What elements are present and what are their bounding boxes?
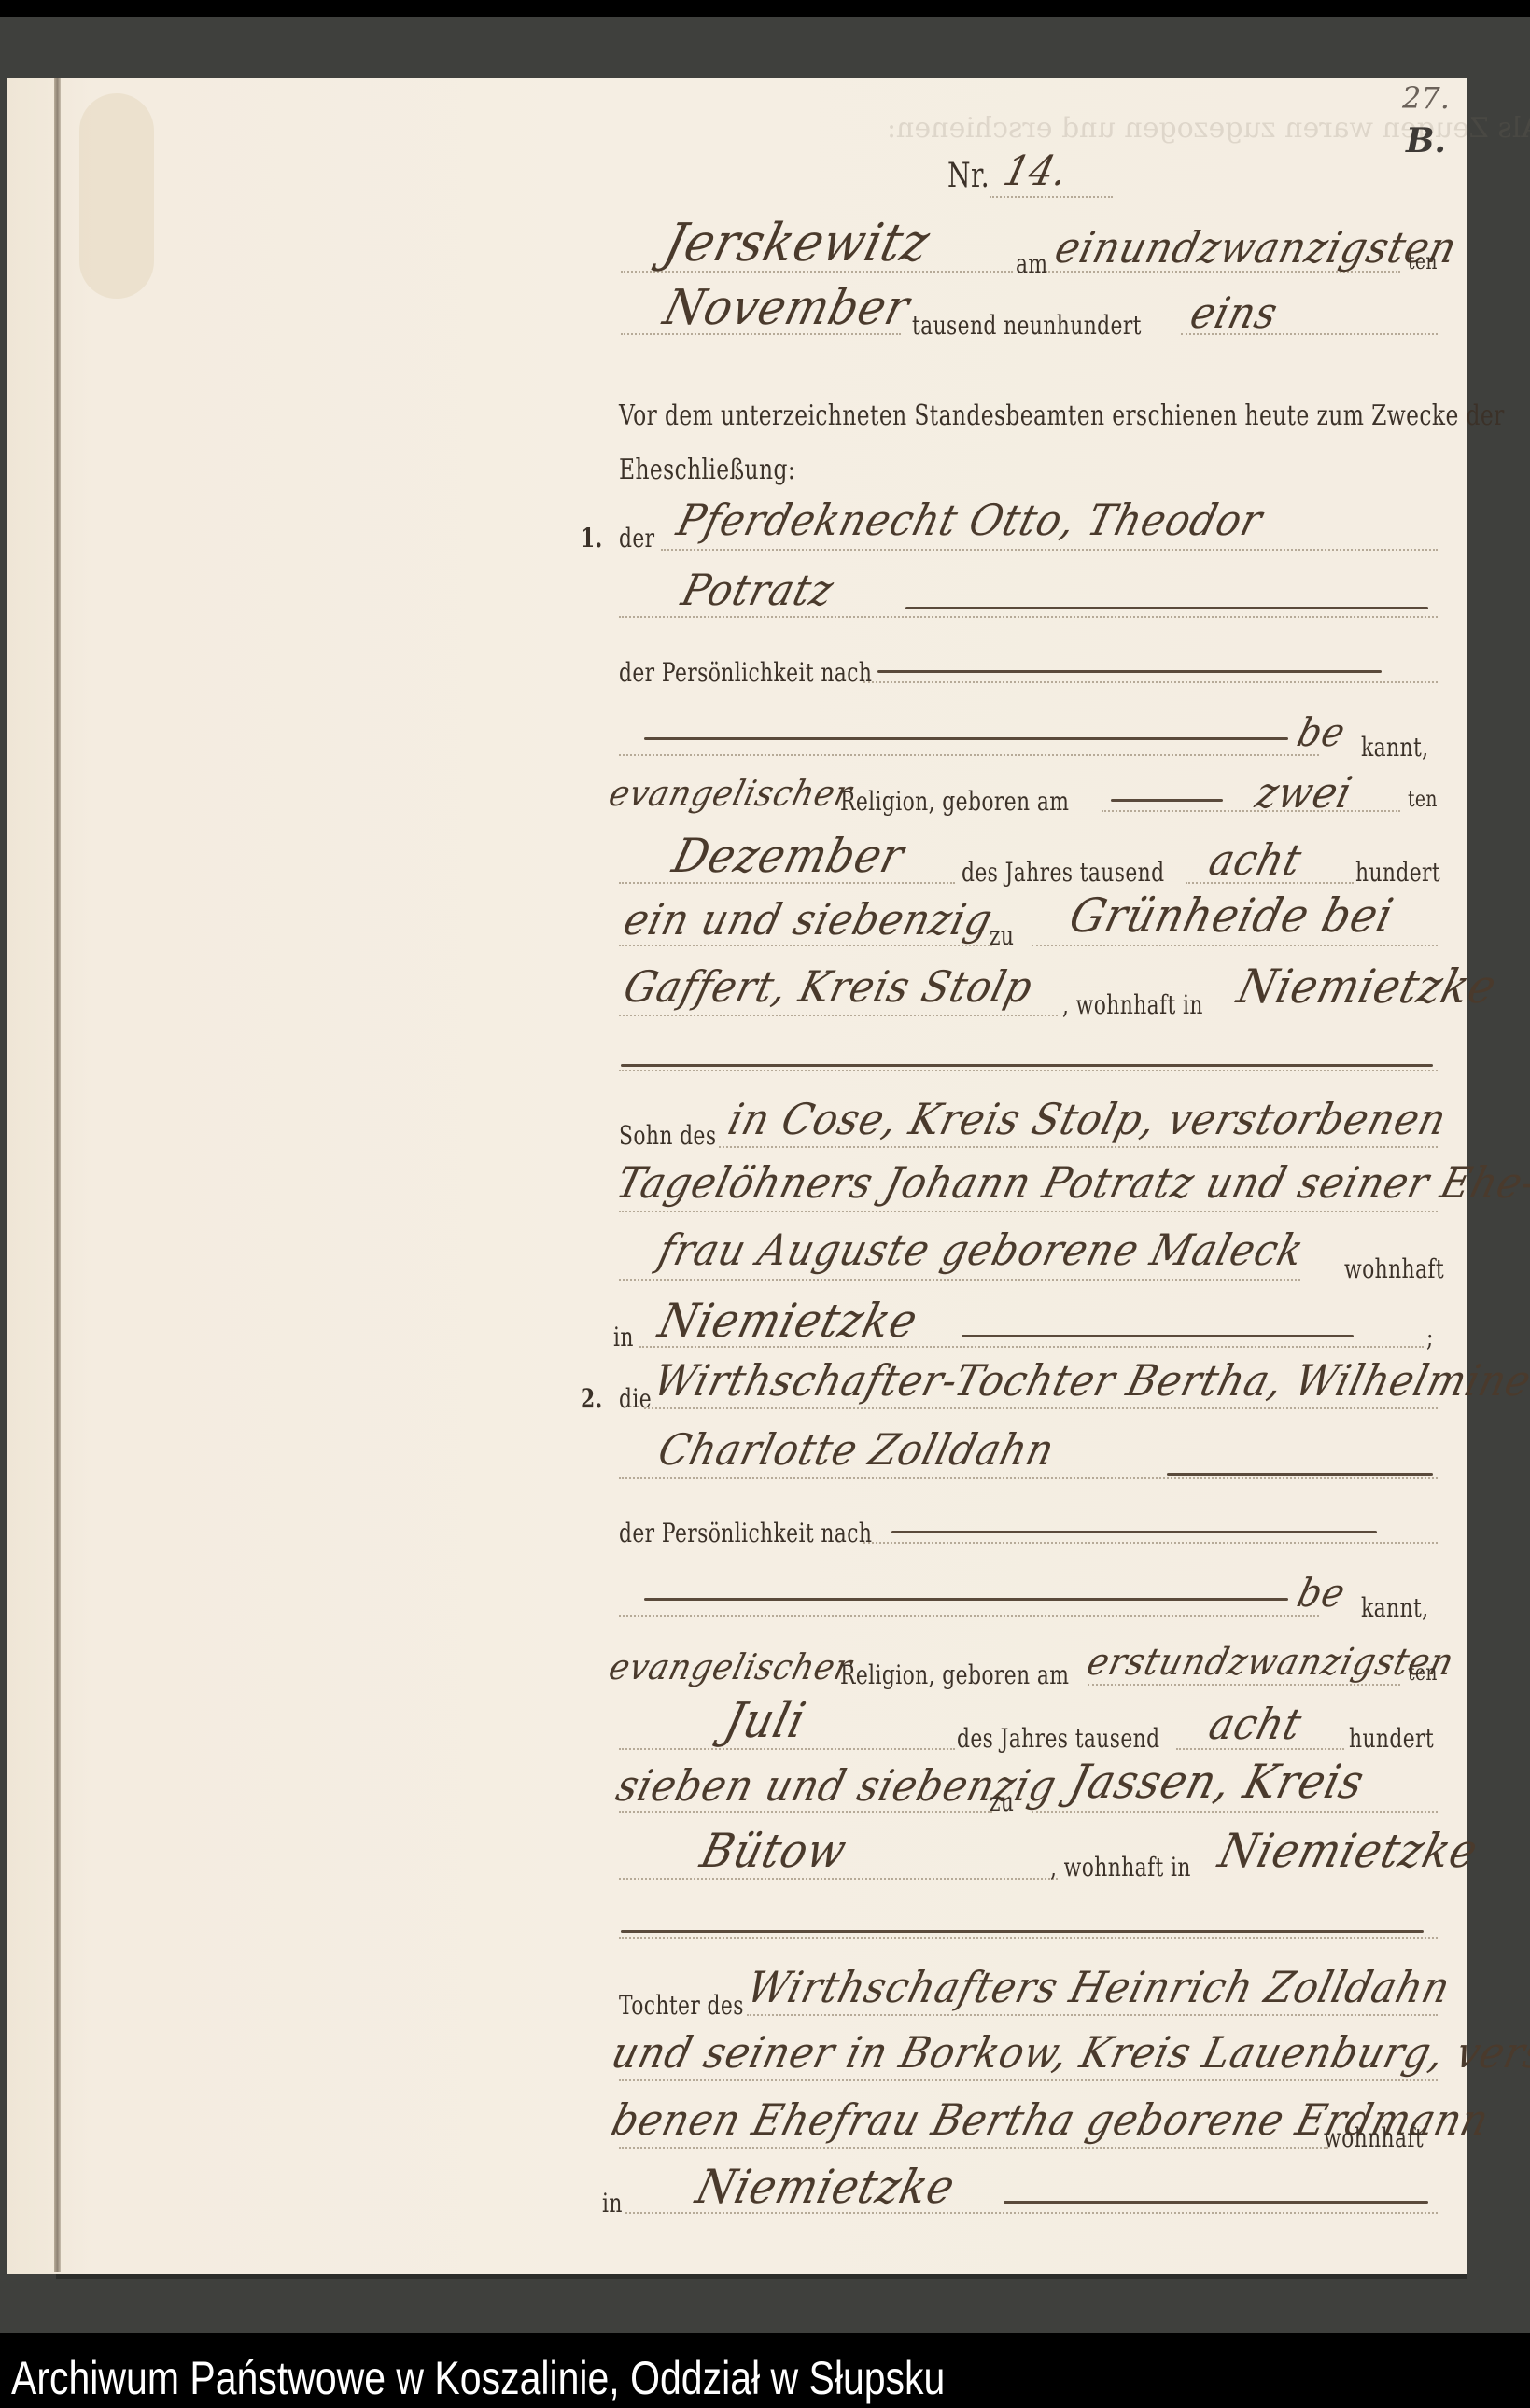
bride-blank-leader [619,1937,1438,1939]
bride-parents-residence: Niemietzke [691,2160,961,2214]
bride-bekannt-leader [619,1615,1319,1617]
marriage-year: eins [1186,287,1284,338]
bride-religion: evangelischer [605,1646,857,1687]
bride-father-line-1: Wirthschafters Heinrich Zolldahn [742,1962,1455,2012]
bride-wohnhaft-label-2: wohnhaft [1324,2122,1424,2153]
ten-suffix: ten [1408,248,1438,274]
groom-in-label: in [613,1322,634,1352]
groom-birthplace2-leader [619,1015,1058,1016]
bride-names-line-2: Charlotte Zolldahn [653,1424,1060,1475]
bride-birth-month: Juli [719,1693,811,1749]
bride-wohnhaft-label: , wohnhaft in [1050,1852,1191,1883]
groom-father2-leader [619,1211,1438,1212]
record-number-leader [990,196,1113,198]
groom-father-line-1: in Cose, Kreis Stolp, verstorbenen [723,1094,1452,1144]
bride-tochter-label: Tochter des [619,1990,744,2021]
groom-sohn-label: Sohn des [619,1120,716,1151]
groom-mother: frau Auguste geborene Maleck [653,1225,1310,1275]
folio-number: 27. [1402,80,1450,116]
groom-wohnhaft-label-2: wohnhaft [1344,1253,1444,1284]
groom-blank-leader [619,1070,1438,1071]
groom-year-rest: ein und siebenzig [619,894,998,945]
fill-stroke [962,1335,1354,1337]
bride-die-label: die [619,1383,652,1414]
groom-parents-residence: Niemietzke [653,1294,923,1348]
groom-hundert-label: hundert [1355,857,1440,888]
am-label: am [1016,248,1048,279]
groom-surname: Potratz [677,565,839,615]
marriage-day: einundzwanzigsten [1050,222,1463,273]
groom-persoenlichkeit-leader [863,681,1438,683]
groom-birthplace-2: Gaffert, Kreis Stolp [619,961,1038,1012]
bride-birthplace-2: Bütow [695,1824,852,1878]
fill-stroke [644,737,1288,740]
paper-stain [79,93,154,299]
bride-father2-leader [619,2079,1438,2081]
marriage-month: November [658,280,915,336]
fill-stroke [1111,799,1223,802]
place-name: Jerskewitz [658,213,936,273]
bride-zu-label: zu [990,1786,1014,1817]
record-label: Nr. [947,157,990,195]
groom-birthplace-leader [1032,945,1438,946]
tausend-neunhundert-label: tausend neunhundert [912,310,1142,341]
intro-line-1: Vor dem unterzeichneten Standesbeamten e… [619,399,1505,432]
groom-year-leader [619,945,992,946]
groom-occupation-names: Pferdeknecht Otto, Theodor [672,495,1268,545]
groom-birth-day: zwei [1251,767,1357,818]
bride-occupation-names: Wirthschafter-Tochter Bertha, Wilhelmine [649,1355,1530,1406]
groom-father-leader [719,1146,1438,1148]
bride-ten-suffix: ten [1408,1659,1438,1686]
groom-religion: evangelischer [605,773,857,814]
groom-kannt-label: kannt, [1361,732,1428,763]
bride-residence: Niemietzke [1214,1824,1483,1878]
groom-century: acht [1204,834,1307,885]
groom-number: 1. [581,523,603,553]
bride-century: acht [1204,1699,1307,1749]
bride-father-line-2: und seiner in Borkow, Kreis Lauenburg, v… [607,2027,1530,2078]
bride-religion-label: Religion, geboren am [840,1659,1069,1690]
binding-spine [54,78,61,2272]
bride-mother-leader [619,2147,1328,2149]
groom-father-line-2: Tagelöhners Johann Potratz und seiner Eh… [611,1157,1530,1208]
groom-surname-leader [619,616,1438,618]
bride-in-label: in [602,2188,623,2219]
bride-birthplace-1: Jassen, Kreis [1064,1755,1369,1809]
groom-semicolon: ; [1426,1322,1434,1352]
bride-persoenlichkeit-leader [863,1542,1438,1544]
groom-residence: Niemietzke [1232,959,1502,1014]
bride-persoenlichkeit-label: der Persönlichkeit nach [619,1518,872,1548]
bride-birthplace-leader [1032,1811,1438,1813]
fill-stroke [644,1598,1288,1601]
bride-birthplace2-leader [619,1878,1058,1880]
groom-religion-label: Religion, geboren am [840,786,1069,817]
fill-stroke [877,670,1382,673]
bride-names2-leader [619,1477,1438,1479]
page-bottom-edge [56,2274,1467,2279]
groom-bekannt-leader [619,754,1319,756]
groom-ten-suffix: ten [1408,786,1438,812]
record-number: 14. [999,147,1074,195]
groom-persoenlichkeit-label: der Persönlichkeit nach [619,657,872,688]
groom-birthday-leader [1102,810,1400,812]
bride-year-leader [619,1811,992,1813]
bride-number: 2. [581,1383,603,1414]
bride-birth-day: erstundzwanzigsten [1083,1641,1458,1684]
bride-des-jahres-label: des Jahres tausend [957,1723,1159,1754]
groom-mother-leader [619,1279,1300,1281]
bride-kannt-label: kannt, [1361,1592,1428,1623]
archive-credit: Archiwum Państwowe w Koszalinie, Oddział… [11,2351,945,2405]
intro-line-2: Eheschließung: [619,454,795,486]
fill-stroke [621,1064,1433,1067]
groom-name-leader [661,549,1438,551]
fill-stroke [1004,2201,1428,2204]
groom-des-jahres-label: des Jahres tausend [962,857,1164,888]
bride-birthday-leader [1088,1684,1400,1686]
fill-stroke [621,1930,1424,1933]
groom-zu-label: zu [990,920,1014,951]
fill-stroke [891,1531,1377,1533]
groom-der-label: der [619,523,655,553]
fill-stroke [905,607,1428,609]
groom-birthplace-1: Grünheide bei [1064,889,1399,943]
bride-hundert-label: hundert [1349,1723,1434,1754]
fill-stroke [1167,1473,1433,1476]
groom-wohnhaft-label: , wohnhaft in [1062,989,1203,1020]
bride-father-leader [747,2014,1438,2016]
groom-birth-month: Dezember [667,829,910,883]
form-letter: B. [1406,121,1446,161]
bride-name-leader [644,1407,1438,1409]
